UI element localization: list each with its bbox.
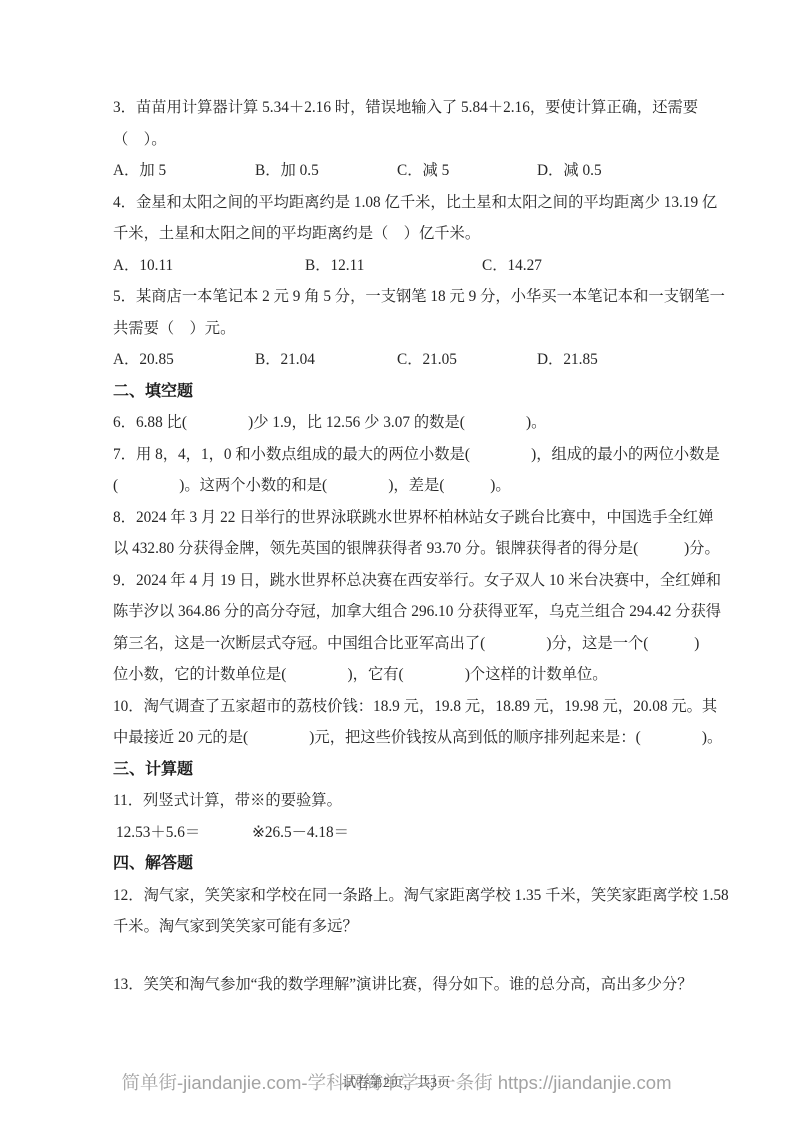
question-4-option-a: A．10.11 — [113, 250, 173, 282]
question-12-line-1: 12．淘气家，笑笑家和学校在同一条路上。淘气家距离学校 1.35 千米，笑笑家距… — [113, 880, 688, 912]
question-5-line-1: 5．某商店一本笔记本 2 元 9 角 5 分，一支钢笔 18 元 9 分，小华买… — [113, 281, 688, 313]
question-5-options: A．20.85 B．21.04 C．21.05 D．21.85 — [113, 344, 688, 376]
question-5-option-b: B．21.04 — [255, 344, 315, 376]
question-3-option-d: D．减 0.5 — [537, 155, 602, 187]
question-6-line-1: 6．6.88 比( )少 1.9，比 12.56 少 3.07 的数是( )。 — [113, 407, 688, 439]
question-7-line-1: 7．用 8，4，1，0 和小数点组成的最大的两位小数是( )，组成的最小的两位小… — [113, 439, 688, 471]
question-11-expressions: 12.53＋5.6＝ ※26.5－4.18＝ — [113, 817, 688, 849]
question-9-line-4: 位小数，它的计数单位是( )，它有( )个这样的计数单位。 — [113, 659, 688, 691]
question-4-options: A．10.11 B．12.11 C．14.27 — [113, 250, 688, 282]
question-5-option-d: D．21.85 — [537, 344, 598, 376]
question-5-option-c: C．21.05 — [397, 344, 457, 376]
section-heading-word-problem: 四、解答题 — [113, 848, 688, 880]
question-4-line-2: 千米，土星和太阳之间的平均距离约是（ ）亿千米。 — [113, 218, 688, 250]
question-3-option-c: C．减 5 — [397, 155, 449, 187]
answer-space — [113, 943, 688, 969]
question-13-line-1: 13．笑笑和淘气参加“我的数学理解”演讲比赛，得分如下。谁的总分高，高出多少分？ — [113, 969, 688, 1001]
question-9-line-3: 第三名，这是一次断层式夺冠。中国组合比亚军高出了( )分，这是一个( ) — [113, 628, 688, 660]
question-5-line-2: 共需要（ ）元。 — [113, 313, 688, 345]
question-7-line-2: ( )。这两个小数的和是( )，差是( )。 — [113, 470, 688, 502]
section-heading-fill-blank: 二、填空题 — [113, 376, 688, 408]
question-12-line-2: 千米。淘气家到笑笑家可能有多远？ — [113, 911, 688, 943]
question-3-line-2: （ ）。 — [113, 124, 688, 156]
question-4-option-c: C．14.27 — [482, 250, 542, 282]
question-10-line-2: 中最接近 20 元的是( )元，把这些价钱按从高到低的顺序排列起来是：( )。 — [113, 722, 688, 754]
question-8-line-2: 以 432.80 分获得金牌，领先英国的银牌获得者 93.70 分。银牌获得者的… — [113, 533, 688, 565]
question-3-options: A．加 5 B．加 0.5 C．减 5 D．减 0.5 — [113, 155, 688, 187]
exam-content: 3．苗苗用计算器计算 5.34＋2.16 时，错误地输入了 5.84＋2.16，… — [113, 92, 688, 1000]
question-9-line-1: 9．2024 年 4 月 19 日，跳水世界杯总决赛在西安举行。女子双人 10 … — [113, 565, 688, 597]
question-5-option-a: A．20.85 — [113, 344, 174, 376]
question-8-line-1: 8．2024 年 3 月 22 日举行的世界泳联跳水世界杯柏林站女子跳台比赛中，… — [113, 502, 688, 534]
question-3-line-1: 3．苗苗用计算器计算 5.34＋2.16 时，错误地输入了 5.84＋2.16，… — [113, 92, 688, 124]
question-11-expression-2: ※26.5－4.18＝ — [252, 817, 349, 849]
question-3-option-b: B．加 0.5 — [255, 155, 319, 187]
question-11-expression-1: 12.53＋5.6＝ — [116, 817, 200, 849]
question-11-instruction: 11．列竖式计算，带※的要验算。 — [113, 785, 688, 817]
question-4-line-1: 4．金星和太阳之间的平均距离约是 1.08 亿千米，比土星和太阳之间的平均距离少… — [113, 187, 688, 219]
question-10-line-1: 10．淘气调查了五家超市的荔枝价钱：18.9 元，19.8 元，18.89 元，… — [113, 691, 688, 723]
question-3-option-a: A．加 5 — [113, 155, 166, 187]
question-9-line-2: 陈芋汐以 364.86 分的高分夺冠，加拿大组合 296.10 分获得亚军，乌克… — [113, 596, 688, 628]
section-heading-calculation: 三、计算题 — [113, 754, 688, 786]
page-number: 试卷第2页，共3页 — [0, 1071, 793, 1091]
question-4-option-b: B．12.11 — [305, 250, 364, 282]
exam-page: 3．苗苗用计算器计算 5.34＋2.16 时，错误地输入了 5.84＋2.16，… — [0, 0, 793, 1122]
